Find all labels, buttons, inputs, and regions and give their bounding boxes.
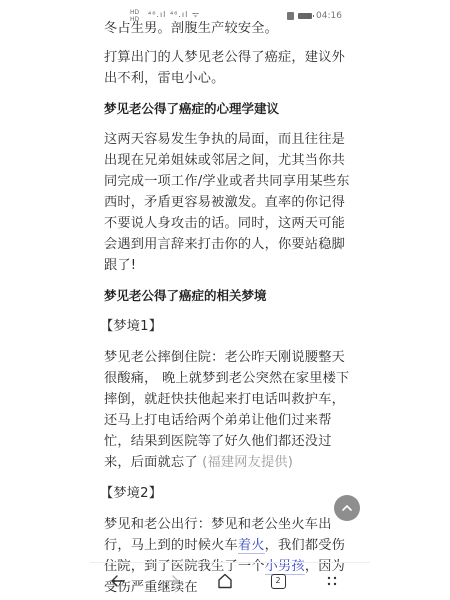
forward-icon	[163, 572, 181, 590]
tabs-count-icon: 2	[271, 574, 286, 589]
forward-button[interactable]	[162, 571, 182, 591]
back-button[interactable]	[108, 571, 128, 591]
section-heading: 梦见老公得了癌症的心理学建议	[104, 99, 356, 119]
browser-nav-bar: 2	[90, 563, 370, 600]
keyword-link-fire[interactable]: 着火	[238, 538, 265, 554]
back-icon	[109, 572, 127, 590]
paragraph: 冬占生男。剖腹生产较安全。	[104, 18, 356, 39]
paragraph: 打算出门的人梦见老公得了癌症，建议外出不利，雷电小心。	[104, 47, 356, 89]
dream-credit: (福建网友提供)	[202, 455, 293, 470]
home-icon	[216, 572, 234, 590]
scroll-to-top-button[interactable]	[334, 495, 360, 521]
home-button[interactable]	[215, 571, 235, 591]
tabs-button[interactable]: 2	[268, 571, 288, 591]
article-content: 冬占生男。剖腹生产较安全。 打算出门的人梦见老公得了癌症，建议外出不利，雷电小心…	[104, 18, 356, 598]
paragraph: 这两天容易发生争执的局面，而且往往是出现在兄弟姐妹或邻居之间，尤其当你共同完成一…	[104, 129, 356, 276]
dream-title: 【梦境2】	[100, 483, 356, 504]
menu-button[interactable]	[322, 571, 342, 591]
chevron-up-icon	[341, 502, 353, 514]
signal-wifi-icon: ⁴⁶.ıl ⁴⁶.ıl ᯤ	[148, 11, 200, 18]
dream-text: 梦见老公摔倒住院：老公昨天刚说腰整天很酸痛， 晚上就梦到老公突然在家里楼下摔倒，…	[104, 350, 349, 470]
dream-title: 【梦境1】	[100, 316, 356, 337]
sim1-label: HD	[130, 9, 139, 16]
dream-paragraph: 梦见老公摔倒住院：老公昨天刚说腰整天很酸痛， 晚上就梦到老公突然在家里楼下摔倒，…	[104, 347, 356, 473]
section-heading: 梦见老公得了癌症的相关梦境	[104, 286, 356, 306]
menu-icon	[323, 572, 341, 590]
